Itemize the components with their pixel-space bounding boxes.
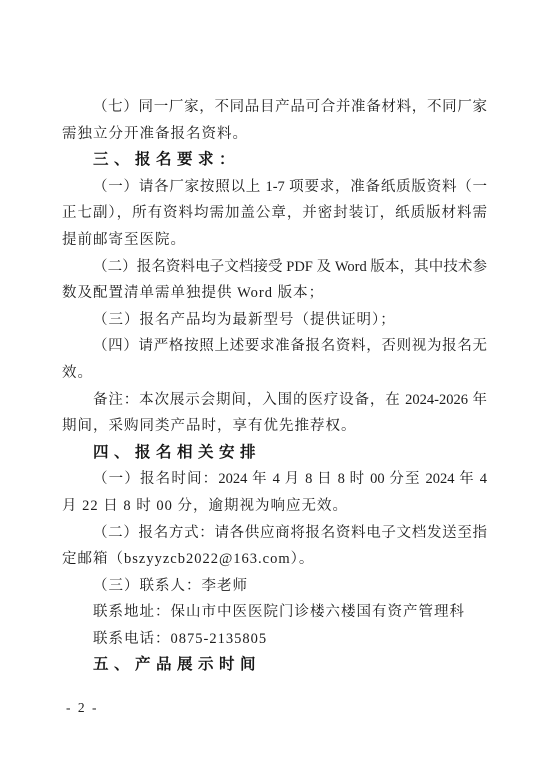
doc-line: 期间，采购同类产品时，享有优先推荐权。 <box>62 413 487 440</box>
doc-line: （一）报名时间：2024 年 4 月 8 日 8 时 00 分至 2024 年 … <box>62 466 487 493</box>
heading-product-display-time: 五、产品展示时间 <box>62 652 487 679</box>
doc-line: 效。 <box>62 360 487 387</box>
doc-line: 提前邮寄至医院。 <box>62 227 487 254</box>
doc-line: 月 22 日 8 时 00 分，逾期视为响应无效。 <box>62 493 487 520</box>
doc-line: （二）报名方式：请各供应商将报名资料电子文档发送至指 <box>62 520 487 547</box>
doc-line: 正七副），所有资料均需加盖公章，并密封装订，纸质版材料需 <box>62 200 487 227</box>
doc-line-contact-address: 联系地址：保山市中医医院门诊楼六楼国有资产管理科 <box>62 599 487 626</box>
doc-line: （七）同一厂家，不同品目产品可合并准备材料，不同厂家 <box>62 94 487 121</box>
doc-line: 需独立分开准备报名资料。 <box>62 121 487 148</box>
doc-line: （一）请各厂家按照以上 1-7 项要求，准备纸质版资料（一 <box>62 174 487 201</box>
heading-registration-arrangements: 四、报名相关安排 <box>62 440 487 467</box>
document-body: （七）同一厂家，不同品目产品可合并准备材料，不同厂家 需独立分开准备报名资料。 … <box>62 94 487 679</box>
heading-registration-requirements: 三、报名要求： <box>62 147 487 174</box>
doc-line: 数及配置清单需单独提供 Word 版本； <box>62 280 487 307</box>
document-page: （七）同一厂家，不同品目产品可合并准备材料，不同厂家 需独立分开准备报名资料。 … <box>0 0 548 777</box>
doc-line: （四）请严格按照上述要求准备报名资料，否则视为报名无 <box>62 333 487 360</box>
doc-line-contact-phone: 联系电话：0875-2135805 <box>62 626 487 653</box>
doc-line: （三）报名产品均为最新型号（提供证明）； <box>62 307 487 334</box>
doc-line-remark: 备注：本次展示会期间，入围的医疗设备，在 2024-2026 年 <box>62 387 487 414</box>
page-number: - 2 - <box>66 700 99 716</box>
doc-line-contact-person: （三）联系人：李老师 <box>62 573 487 600</box>
doc-line-email: 定邮箱（bszyyzcb2022@163.com）。 <box>62 546 487 573</box>
doc-line: （二）报名资料电子文档接受 PDF 及 Word 版本，其中技术参 <box>62 254 487 281</box>
